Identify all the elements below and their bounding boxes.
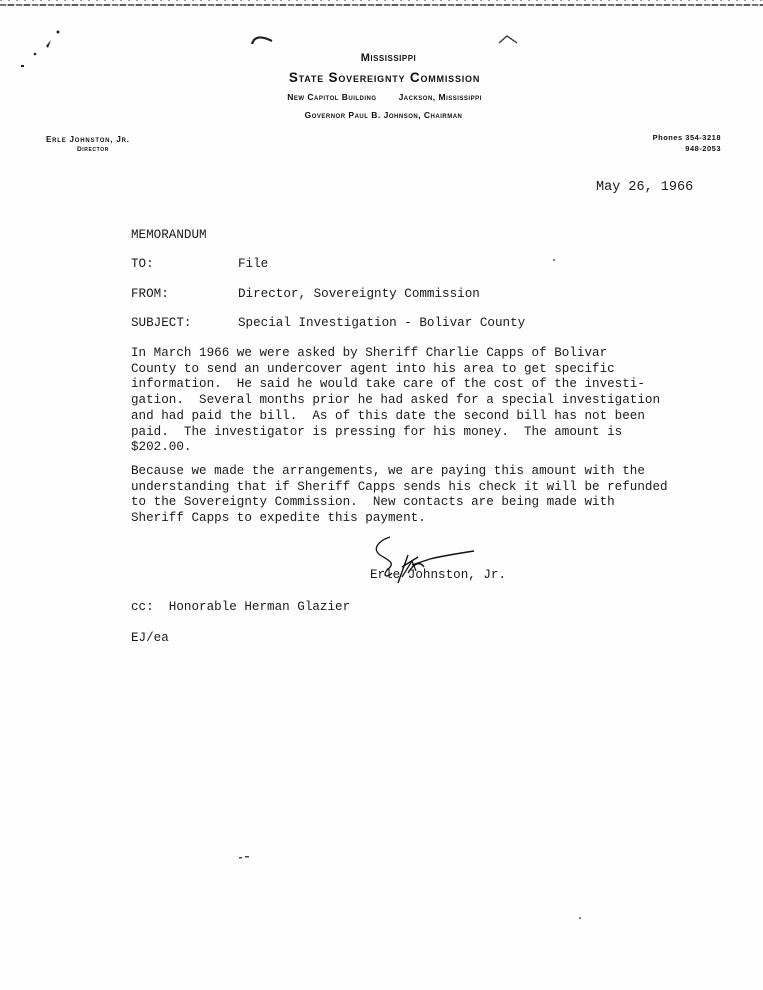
signature-typed-name: Erle Johnston, Jr. [370,568,506,582]
from-value: Director, Sovereignty Commission [238,287,480,301]
director-title: Director [77,146,109,153]
scan-mark-icon [497,33,521,45]
scan-edge-line [0,4,763,6]
letterhead-chairman: Governor Paul B. Johnson, Chairman [2,110,763,120]
subject-label: SUBJECT: [131,316,191,330]
letterhead-city: Jackson, Mississippi [399,92,482,102]
scan-edge-dots [0,0,763,1]
phones-line2: 948-2053 [685,144,721,153]
letterhead-address: New Capitol BuildingJackson, Mississippi [3,92,763,102]
scan-speck-icon [552,258,556,262]
reference-initials: EJ/ea [131,631,169,645]
handwritten-signature-icon [368,533,480,591]
letterhead-organization: State Sovereignty Commission [3,70,763,85]
to-value: File [238,257,268,271]
scan-speck-icon [238,855,252,861]
letterhead-building: New Capitol Building [287,92,376,102]
memo-page: Mississippi State Sovereignty Commission… [0,0,763,990]
body-paragraph-2: Because we made the arrangements, we are… [131,464,668,527]
scan-mark-icon [250,31,274,45]
scan-speck-icon [578,916,582,920]
phones-line1: Phones 354-3218 [653,133,721,142]
from-label: FROM: [131,287,169,301]
memo-heading: MEMORANDUM [131,228,207,242]
letterhead-state: Mississippi [7,52,763,64]
to-label: TO: [131,257,154,271]
memo-date: May 26, 1966 [596,180,693,195]
cc-line: cc: Honorable Herman Glazier [131,600,350,614]
subject-value: Special Investigation - Bolivar County [238,316,525,330]
body-paragraph-1: In March 1966 we were asked by Sheriff C… [131,346,660,456]
director-name: Erle Johnston, Jr. [46,135,130,144]
